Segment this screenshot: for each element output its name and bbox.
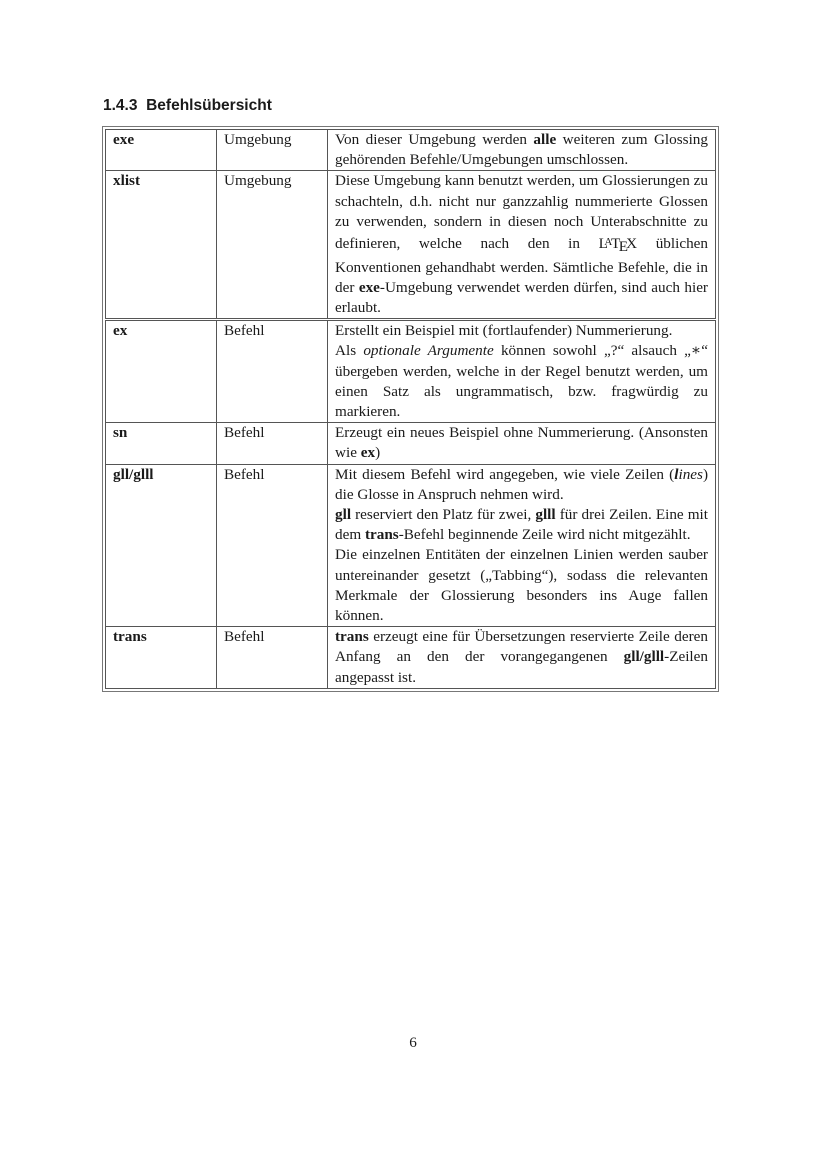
section-number: 1.4.3 xyxy=(103,97,137,114)
command-type: Befehl xyxy=(217,423,328,464)
command-name: gll/glll xyxy=(106,464,217,627)
desc-text: Von dieser Umgebung werden xyxy=(335,131,533,148)
command-table: exe Umgebung Von dieser Umgebung werden … xyxy=(105,129,716,689)
desc-bold: glll xyxy=(535,506,555,523)
latex-logo: LATEX xyxy=(599,235,638,252)
command-description: Mit diesem Befehl wird angegeben, wie vi… xyxy=(328,464,716,627)
command-description: Erstellt ein Beispiel mit (fortlaufender… xyxy=(328,320,716,423)
command-name: trans xyxy=(106,627,217,689)
desc-bold: gll xyxy=(335,506,351,523)
table-row: sn Befehl Erzeugt ein neues Beispiel ohn… xyxy=(106,423,716,464)
command-type: Befehl xyxy=(217,320,328,423)
desc-italic: optionale Argumente xyxy=(363,342,493,359)
table-row: xlist Umgebung Diese Umgebung kann benut… xyxy=(106,171,716,320)
command-description: Erzeugt ein neues Beispiel ohne Nummerie… xyxy=(328,423,716,464)
command-table-frame: exe Umgebung Von dieser Umgebung werden … xyxy=(102,126,719,692)
desc-text: -Befehl beginnende Zeile wird nicht mitg… xyxy=(399,526,691,543)
desc-bold: exe xyxy=(359,279,380,296)
command-name: exe xyxy=(106,130,217,171)
table-row: ex Befehl Erstellt ein Beispiel mit (for… xyxy=(106,320,716,423)
desc-text: Mit diesem Befehl wird angegeben, wie vi… xyxy=(335,466,674,483)
desc-line: gll reserviert den Platz für zwei, glll … xyxy=(335,505,708,545)
desc-text: Erzeugt ein neues Beispiel ohne Nummerie… xyxy=(335,424,708,461)
desc-line: Mit diesem Befehl wird angegeben, wie vi… xyxy=(335,465,708,505)
command-description: Diese Umgebung kann benutzt werden, um G… xyxy=(328,171,716,320)
document-page: 1.4.3 Befehlsübersicht exe Umgebung Von … xyxy=(0,0,826,1169)
desc-text: -Umgebung verwendet werden dürfen, sind … xyxy=(335,279,708,316)
desc-bold: trans xyxy=(335,628,369,645)
section-heading: 1.4.3 Befehlsübersicht xyxy=(103,97,272,115)
desc-bold: trans xyxy=(365,526,399,543)
command-type: Umgebung xyxy=(217,171,328,320)
desc-bold: alle xyxy=(533,131,556,148)
command-name: ex xyxy=(106,320,217,423)
command-description: Von dieser Umgebung werden alle weiteren… xyxy=(328,130,716,171)
command-type: Umgebung xyxy=(217,130,328,171)
table-row: gll/glll Befehl Mit diesem Befehl wird a… xyxy=(106,464,716,627)
desc-text: Die einzelnen Entitäten der einzelnen Li… xyxy=(335,546,708,624)
table-row: trans Befehl trans erzeugt eine für Über… xyxy=(106,627,716,689)
table-row: exe Umgebung Von dieser Umgebung werden … xyxy=(106,130,716,171)
desc-text: ) xyxy=(375,444,380,461)
command-type: Befehl xyxy=(217,464,328,627)
section-title-text: Befehlsübersicht xyxy=(146,97,272,114)
desc-text: Als xyxy=(335,342,363,359)
page-number: 6 xyxy=(0,1034,826,1052)
command-description: trans erzeugt eine für Übersetzungen res… xyxy=(328,627,716,689)
desc-text: Erstellt ein Beispiel mit (fortlaufender… xyxy=(335,321,708,341)
desc-text: reserviert den Platz für zwei, xyxy=(351,506,535,523)
desc-bold: ex xyxy=(361,444,375,461)
command-name: sn xyxy=(106,423,217,464)
command-type: Befehl xyxy=(217,627,328,689)
desc-bold: gll/glll xyxy=(624,648,665,665)
desc-italic: ines xyxy=(678,466,702,483)
command-name: xlist xyxy=(106,171,217,320)
